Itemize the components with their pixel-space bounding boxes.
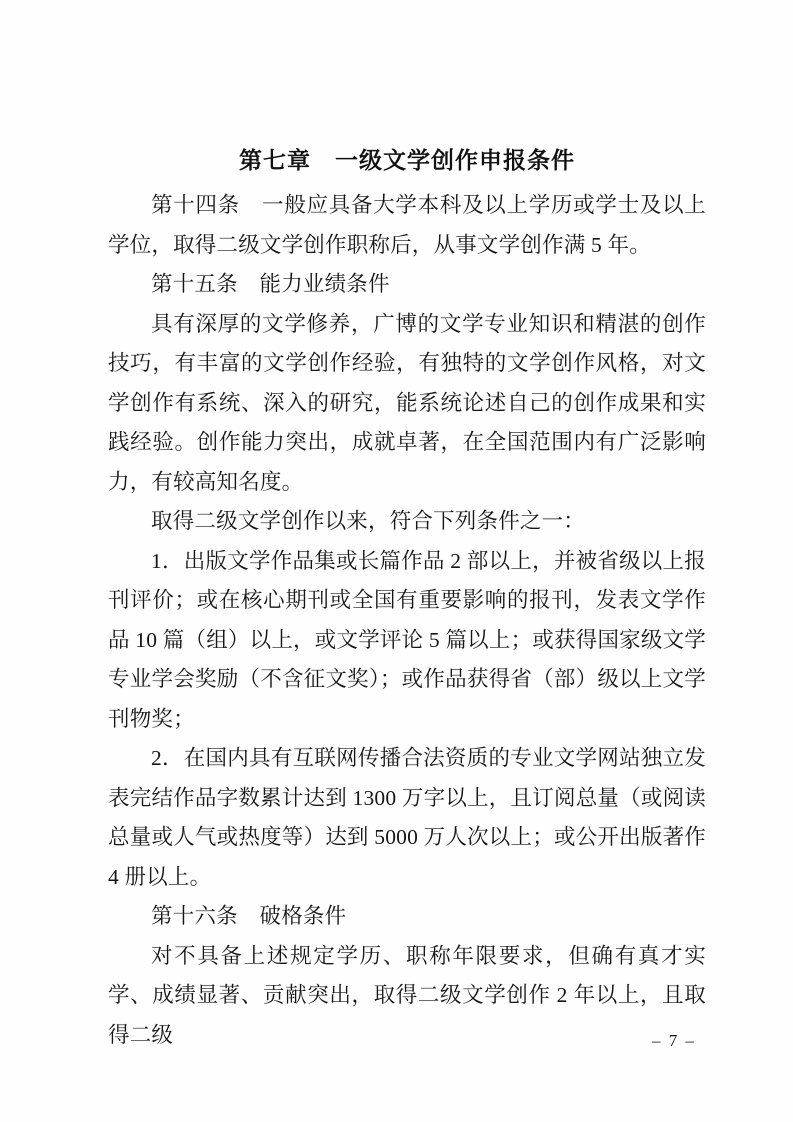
chapter-title: 第七章 一级文学创作申报条件 bbox=[108, 142, 706, 178]
paragraph-article-16-body: 对不具备上述规定学历、职称年限要求，但确有真才实学、成绩显著、贡献突出，取得二级… bbox=[108, 937, 706, 1056]
paragraph-article-15-condition-1: 1．出版文学作品集或长篇作品 2 部以上，并被省级以上报刊评价；或在核心期刊或全… bbox=[108, 542, 706, 740]
paragraph-article-15-condition-2: 2．在国内具有互联网传播合法资质的专业文学网站独立发表完结作品字数累计达到 13… bbox=[108, 739, 706, 897]
paragraph-article-15-body: 具有深厚的文学修养，广博的文学专业知识和精湛的创作技巧，有丰富的文学创作经验，有… bbox=[108, 305, 706, 503]
document-body: 第十四条 一般应具备大学本科及以上学历或学士及以上学位，取得二级文学创作职称后，… bbox=[108, 186, 706, 1055]
paragraph-article-14: 第十四条 一般应具备大学本科及以上学历或学士及以上学位，取得二级文学创作职称后，… bbox=[108, 186, 706, 265]
page-number: – 7 – bbox=[652, 1029, 696, 1053]
document-content: 第七章 一级文学创作申报条件 第十四条 一般应具备大学本科及以上学历或学士及以上… bbox=[108, 142, 706, 1055]
paragraph-article-16-heading: 第十六条 破格条件 bbox=[108, 897, 706, 937]
paragraph-article-15-conditions-intro: 取得二级文学创作以来，符合下列条件之一： bbox=[108, 502, 706, 542]
document-page: 第七章 一级文学创作申报条件 第十四条 一般应具备大学本科及以上学历或学士及以上… bbox=[0, 0, 793, 1122]
paragraph-article-15-heading: 第十五条 能力业绩条件 bbox=[108, 265, 706, 305]
